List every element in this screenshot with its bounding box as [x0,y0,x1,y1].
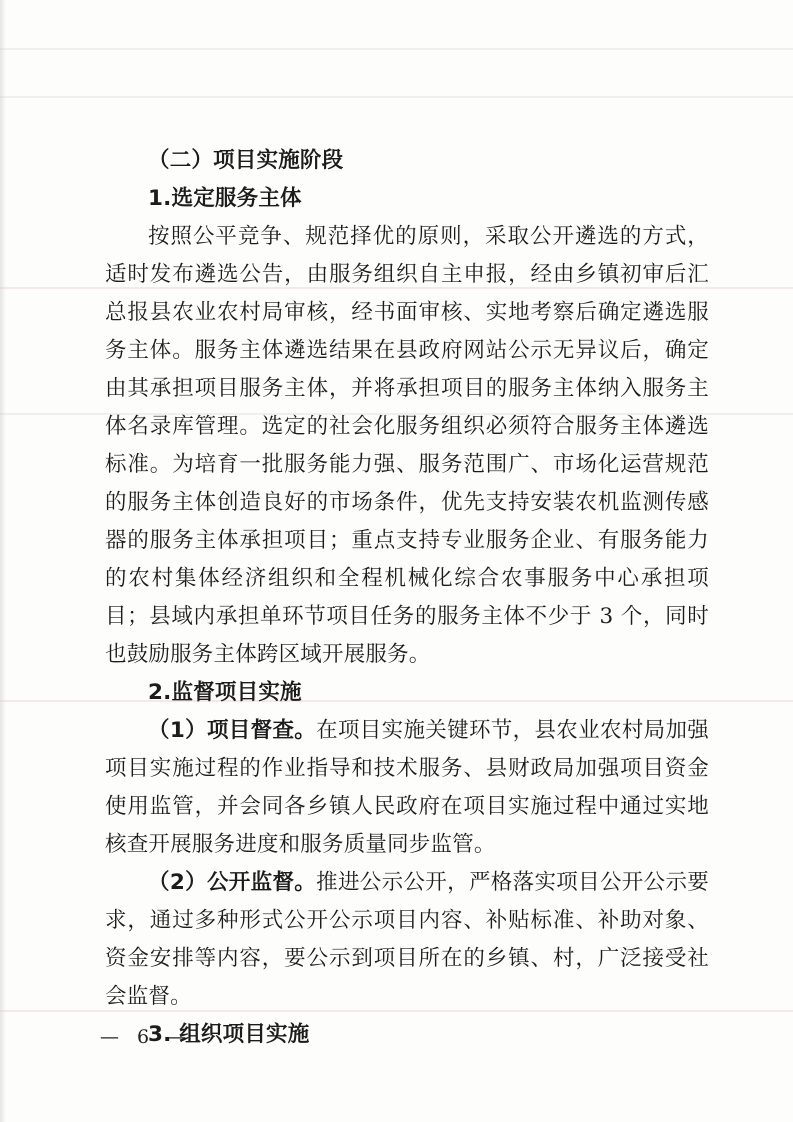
paragraph-select-service-entity: 按照公平竞争、规范择优的原则，采取公开遴选的方式，适时发布遴选公告，由服务组织自… [105,218,709,674]
numbered-heading-1: 1.选定服务主体 [105,180,709,218]
paragraph-lead-project-inspection: （1）项目督查。 [148,718,316,743]
paragraph-lead-public-supervision: （2）公开监督。 [148,870,316,895]
scan-artifact-line [0,48,793,50]
numbered-heading-2: 2.监督项目实施 [105,674,709,712]
numbered-heading-3: 3. 组织项目实施 [105,1016,709,1054]
subsection-heading: （二）项目实施阶段 [105,142,709,180]
scan-artifact-line [0,96,793,98]
paragraph-project-inspection: （1）项目督查。在项目实施关键环节，县农业农村局加强项目实施过程的作业指导和技术… [105,712,709,864]
document-body: （二）项目实施阶段 1.选定服务主体 按照公平竞争、规范择优的原则，采取公开遴选… [105,142,709,1054]
scan-edge-shadow [0,0,6,1122]
document-page: （二）项目实施阶段 1.选定服务主体 按照公平竞争、规范择优的原则，采取公开遴选… [0,0,793,1122]
page-number: — 6 — [100,1026,192,1048]
paragraph-public-supervision: （2）公开监督。推进公示公开，严格落实项目公开公示要求，通过多种形式公开公示项目… [105,864,709,1016]
